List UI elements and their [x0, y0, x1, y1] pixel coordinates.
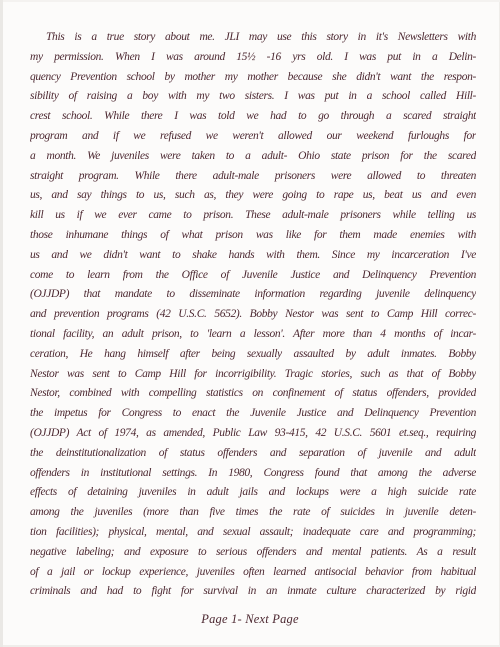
handwritten-line: the impetus for Congress to enact the Ju…: [30, 404, 476, 424]
handwritten-line: straight program. While there adult-male…: [30, 167, 476, 187]
handwritten-line: Nestor was sent to Camp Hill for incorri…: [30, 365, 476, 385]
handwritten-line: quency Prevention school by mother my mo…: [30, 68, 476, 88]
handwritten-line: of a jail or lockup experience, juvenile…: [30, 563, 476, 583]
letter-body: This is a true story about me. JLI may u…: [30, 28, 476, 602]
handwritten-line: program and if we refused we weren't all…: [30, 127, 476, 147]
handwritten-line: tion facilities); physical, mental, and …: [30, 523, 476, 543]
handwritten-line: us, and say things to us, such as, they …: [30, 186, 476, 206]
handwritten-line: criminals and had to fight for survival …: [30, 582, 476, 602]
handwritten-line: offenders in institutional settings. In …: [30, 464, 476, 484]
handwritten-line: (OJJDP) Act of 1974, as amended, Public …: [30, 424, 476, 444]
handwritten-line: come to learn from the Office of Juvenil…: [30, 266, 476, 286]
handwritten-line: ceration, He hang himself after being se…: [30, 345, 476, 365]
handwritten-line: effects of detaining juveniles in adult …: [30, 483, 476, 503]
page-footer-label: Page 1- Next Page: [0, 612, 500, 627]
handwritten-line: crest school. While there I was told we …: [30, 107, 476, 127]
handwritten-line: those inhumane things of what prison was…: [30, 226, 476, 246]
handwritten-line: (OJJDP) that mandate to disseminate info…: [30, 285, 476, 305]
handwritten-line: negative labeling; and exposure to serio…: [30, 543, 476, 563]
handwritten-line: This is a true story about me. JLI may u…: [30, 28, 476, 48]
handwritten-line: Nestor, combined with compelling statist…: [30, 384, 476, 404]
scanned-letter-page: This is a true story about me. JLI may u…: [0, 0, 500, 647]
handwritten-line: the deinstitutionalization of status off…: [30, 444, 476, 464]
handwritten-line: tional facility, an adult prison, to 'le…: [30, 325, 476, 345]
handwritten-line: and prevention programs (42 U.S.C. 5652)…: [30, 305, 476, 325]
handwritten-line: my permission. When I was around 15½ -16…: [30, 48, 476, 68]
handwritten-line: kill us if we ever came to prison. These…: [30, 206, 476, 226]
handwritten-line: sibility of raising a boy with my two si…: [30, 87, 476, 107]
handwritten-line: us and we didn't want to shake hands wit…: [30, 246, 476, 266]
handwritten-line: a month. We juveniles were taken to a ad…: [30, 147, 476, 167]
handwritten-line: among the juveniles (more than five time…: [30, 503, 476, 523]
